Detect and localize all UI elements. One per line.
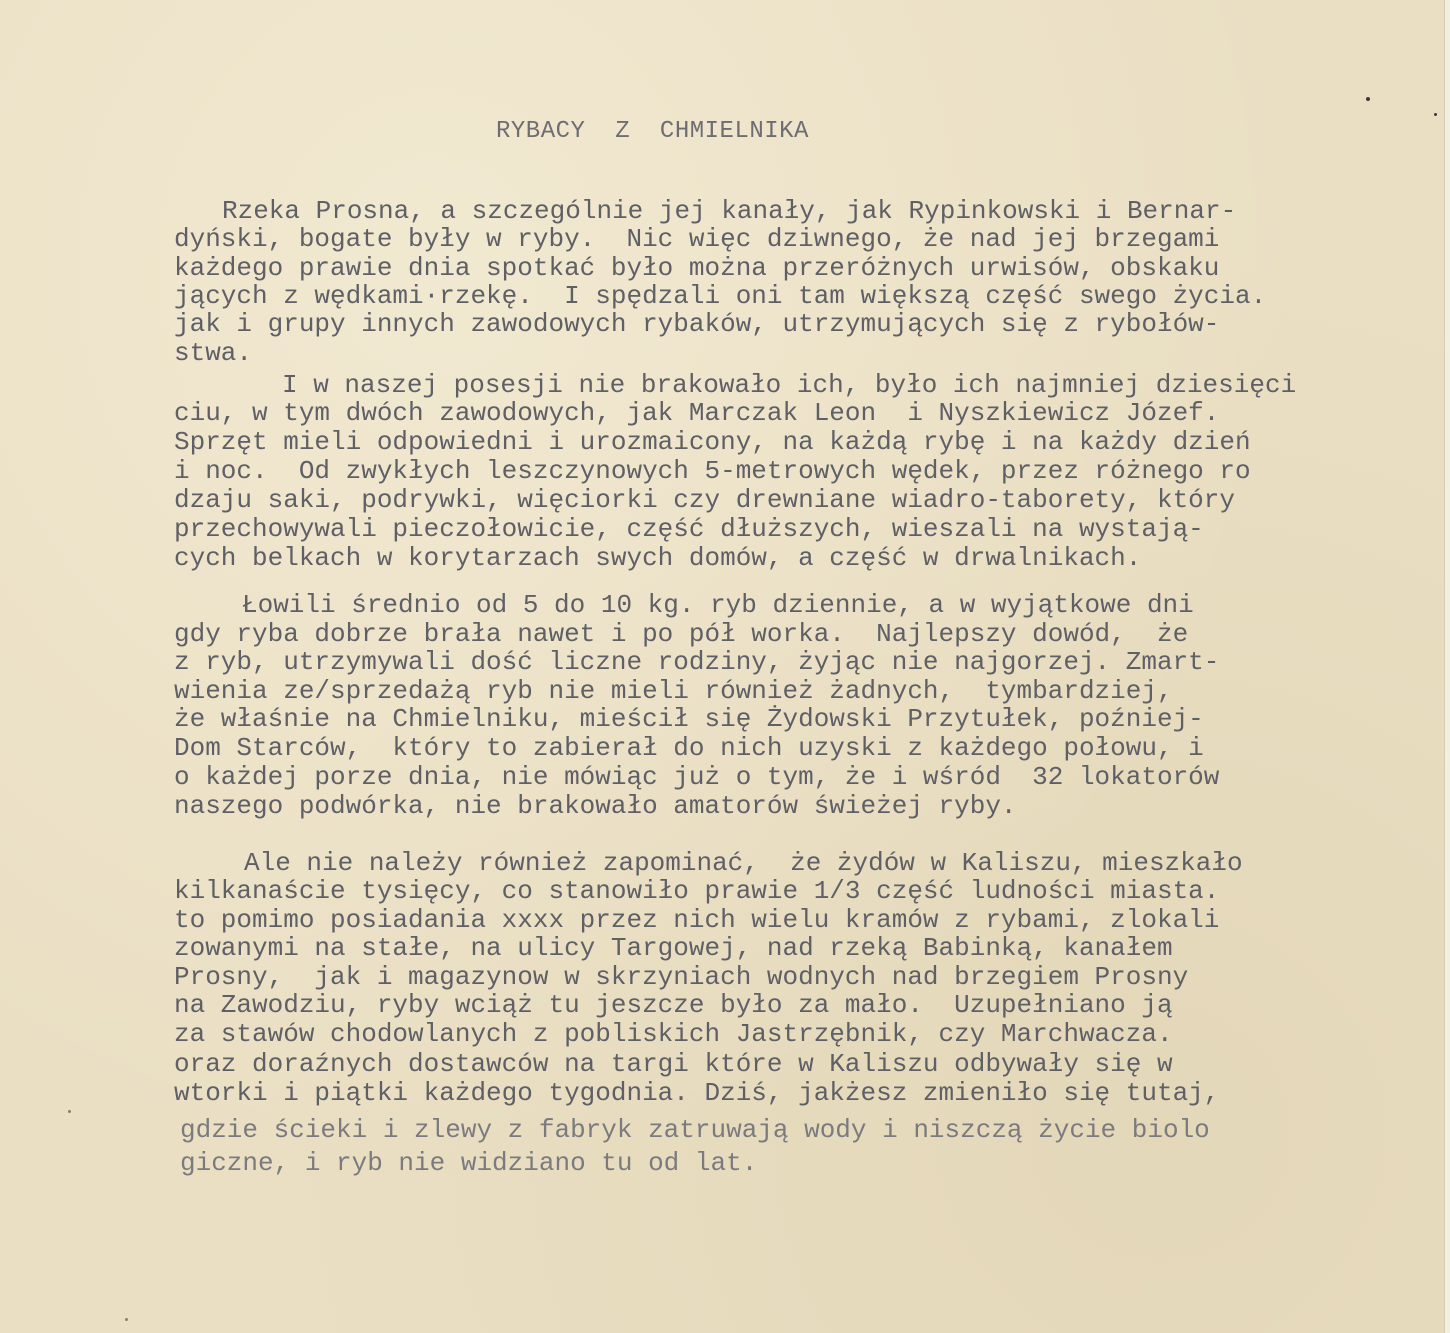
text-line: wtorki i piątki każdego tygodnia. Dziś, …: [174, 1078, 1219, 1108]
text-line: o każdej porze dnia, nie mówiąc już o ty…: [174, 762, 1219, 792]
text-line: dzaju saki, podrywki, więciorki czy drew…: [174, 485, 1235, 515]
text-line: Prosny, jak i magazynow w skrzyniach wod…: [174, 962, 1188, 992]
text-line: Dom Starców, który to zabierał do nich u…: [174, 733, 1204, 763]
text-line: jących z wędkami·rzekę. I spędzali oni t…: [174, 281, 1266, 311]
text-line: że właśnie na Chmielniku, mieścił się Ży…: [174, 704, 1204, 734]
paper-speck: [1434, 113, 1437, 116]
text-line: Ale nie należy również zapominać, że żyd…: [244, 848, 1243, 878]
text-line: Rzeka Prosna, a szczególnie jej kanały, …: [222, 196, 1236, 226]
document-title: RYBACY Z CHMIELNIKA: [496, 118, 809, 145]
text-line: i noc. Od zwykłych leszczynowych 5-metro…: [174, 456, 1251, 486]
text-line: oraz doraźnych dostawców na targi które …: [174, 1049, 1173, 1079]
text-line: stwa.: [174, 338, 252, 368]
text-line: zowanymi na stałe, na ulicy Targowej, na…: [174, 933, 1173, 963]
text-line: jak i grupy innych zawodowych rybaków, u…: [174, 309, 1219, 339]
text-line: cych belkach w korytarzach swych domów, …: [174, 543, 1141, 573]
text-line: gdzie ścieki i zlewy z fabryk zatruwają …: [180, 1115, 1210, 1145]
text-line: dyński, bogate były w ryby. Nic więc dzi…: [174, 224, 1219, 254]
page-edge: [1444, 0, 1450, 1333]
paper-speck: [125, 1318, 128, 1321]
text-line: to pomimo posiadania xxxx przez nich wie…: [174, 905, 1219, 935]
text-line: ciu, w tym dwóch zawodowych, jak Marczak…: [174, 398, 1219, 428]
paper-speck: [1366, 97, 1370, 101]
text-line: Łowili średnio od 5 do 10 kg. ryb dzienn…: [242, 590, 1194, 620]
paper-speck: [68, 1110, 71, 1113]
text-line: I w naszej posesji nie brakowało ich, by…: [282, 370, 1296, 400]
text-line: każdego prawie dnia spotkać było można p…: [174, 253, 1219, 283]
text-line: giczne, i ryb nie widziano tu od lat.: [180, 1148, 757, 1178]
text-line: za stawów chodowlanych z pobliskich Jast…: [174, 1019, 1173, 1049]
text-line: wienia ze/sprzedażą ryb nie mieli równie…: [174, 676, 1173, 706]
text-line: Sprzęt mieli odpowiedni i urozmaicony, n…: [174, 427, 1251, 457]
text-line: gdy ryba dobrze brała nawet i po pół wor…: [174, 619, 1188, 649]
text-line: na Zawodziu, ryby wciąż tu jeszcze było …: [174, 990, 1173, 1020]
text-line: przechowywali pieczołowicie, część dłużs…: [174, 514, 1204, 544]
typewritten-page: RYBACY Z CHMIELNIKA Rzeka Prosna, a szcz…: [0, 0, 1450, 1333]
text-line: naszego podwórka, nie brakowało amatorów…: [174, 791, 1017, 821]
text-line: kilkanaście tysięcy, co stanowiło prawie…: [174, 876, 1219, 906]
text-line: z ryb, utrzymywali dość liczne rodziny, …: [174, 647, 1219, 677]
